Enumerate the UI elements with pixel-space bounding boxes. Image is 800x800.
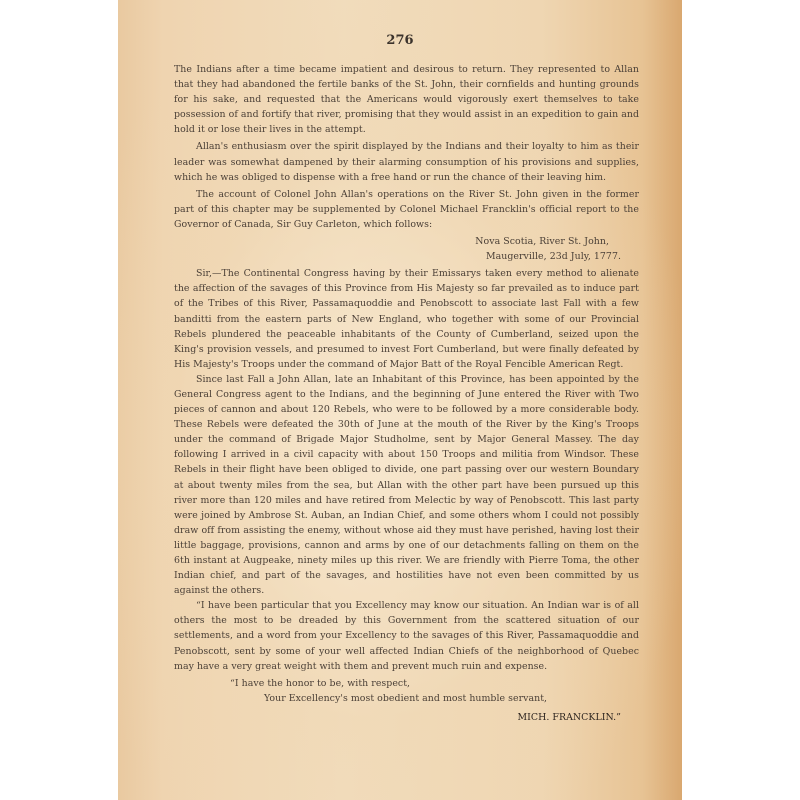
paragraph-francklin-intro: The account of Colonel John Allan's oper… [174,187,639,232]
letter-dateline: Nova Scotia, River St. John, Maugerville… [174,234,639,264]
paragraph-allan-enthusiasm: Allan's enthusiasm over the spirit displ… [174,139,639,184]
letter-closing-servant: Your Excellency's most obedient and most… [174,691,639,706]
letter-paragraph-situation: “I have been particular that you Excelle… [174,598,639,673]
paragraph-indians-return: The Indians after a time became impatien… [174,62,639,137]
dateline-date: Maugerville, 23d July, 1777. [486,251,621,262]
book-page: 276 The Indians after a time became impa… [118,0,682,800]
dateline-place: Nova Scotia, River St. John, [174,234,621,249]
page-number: 276 [118,33,682,48]
letter-signature: MICH. FRANCKLIN.” [174,710,639,725]
letter-paragraph-allan: Since last Fall a John Allan, late an In… [174,372,639,598]
letter-paragraph-congress: Sir,—The Continental Congress having by … [174,266,639,372]
page-body: The Indians after a time became impatien… [174,62,639,725]
letter-closing-respect: “I have the honor to be, with respect, [174,676,639,691]
